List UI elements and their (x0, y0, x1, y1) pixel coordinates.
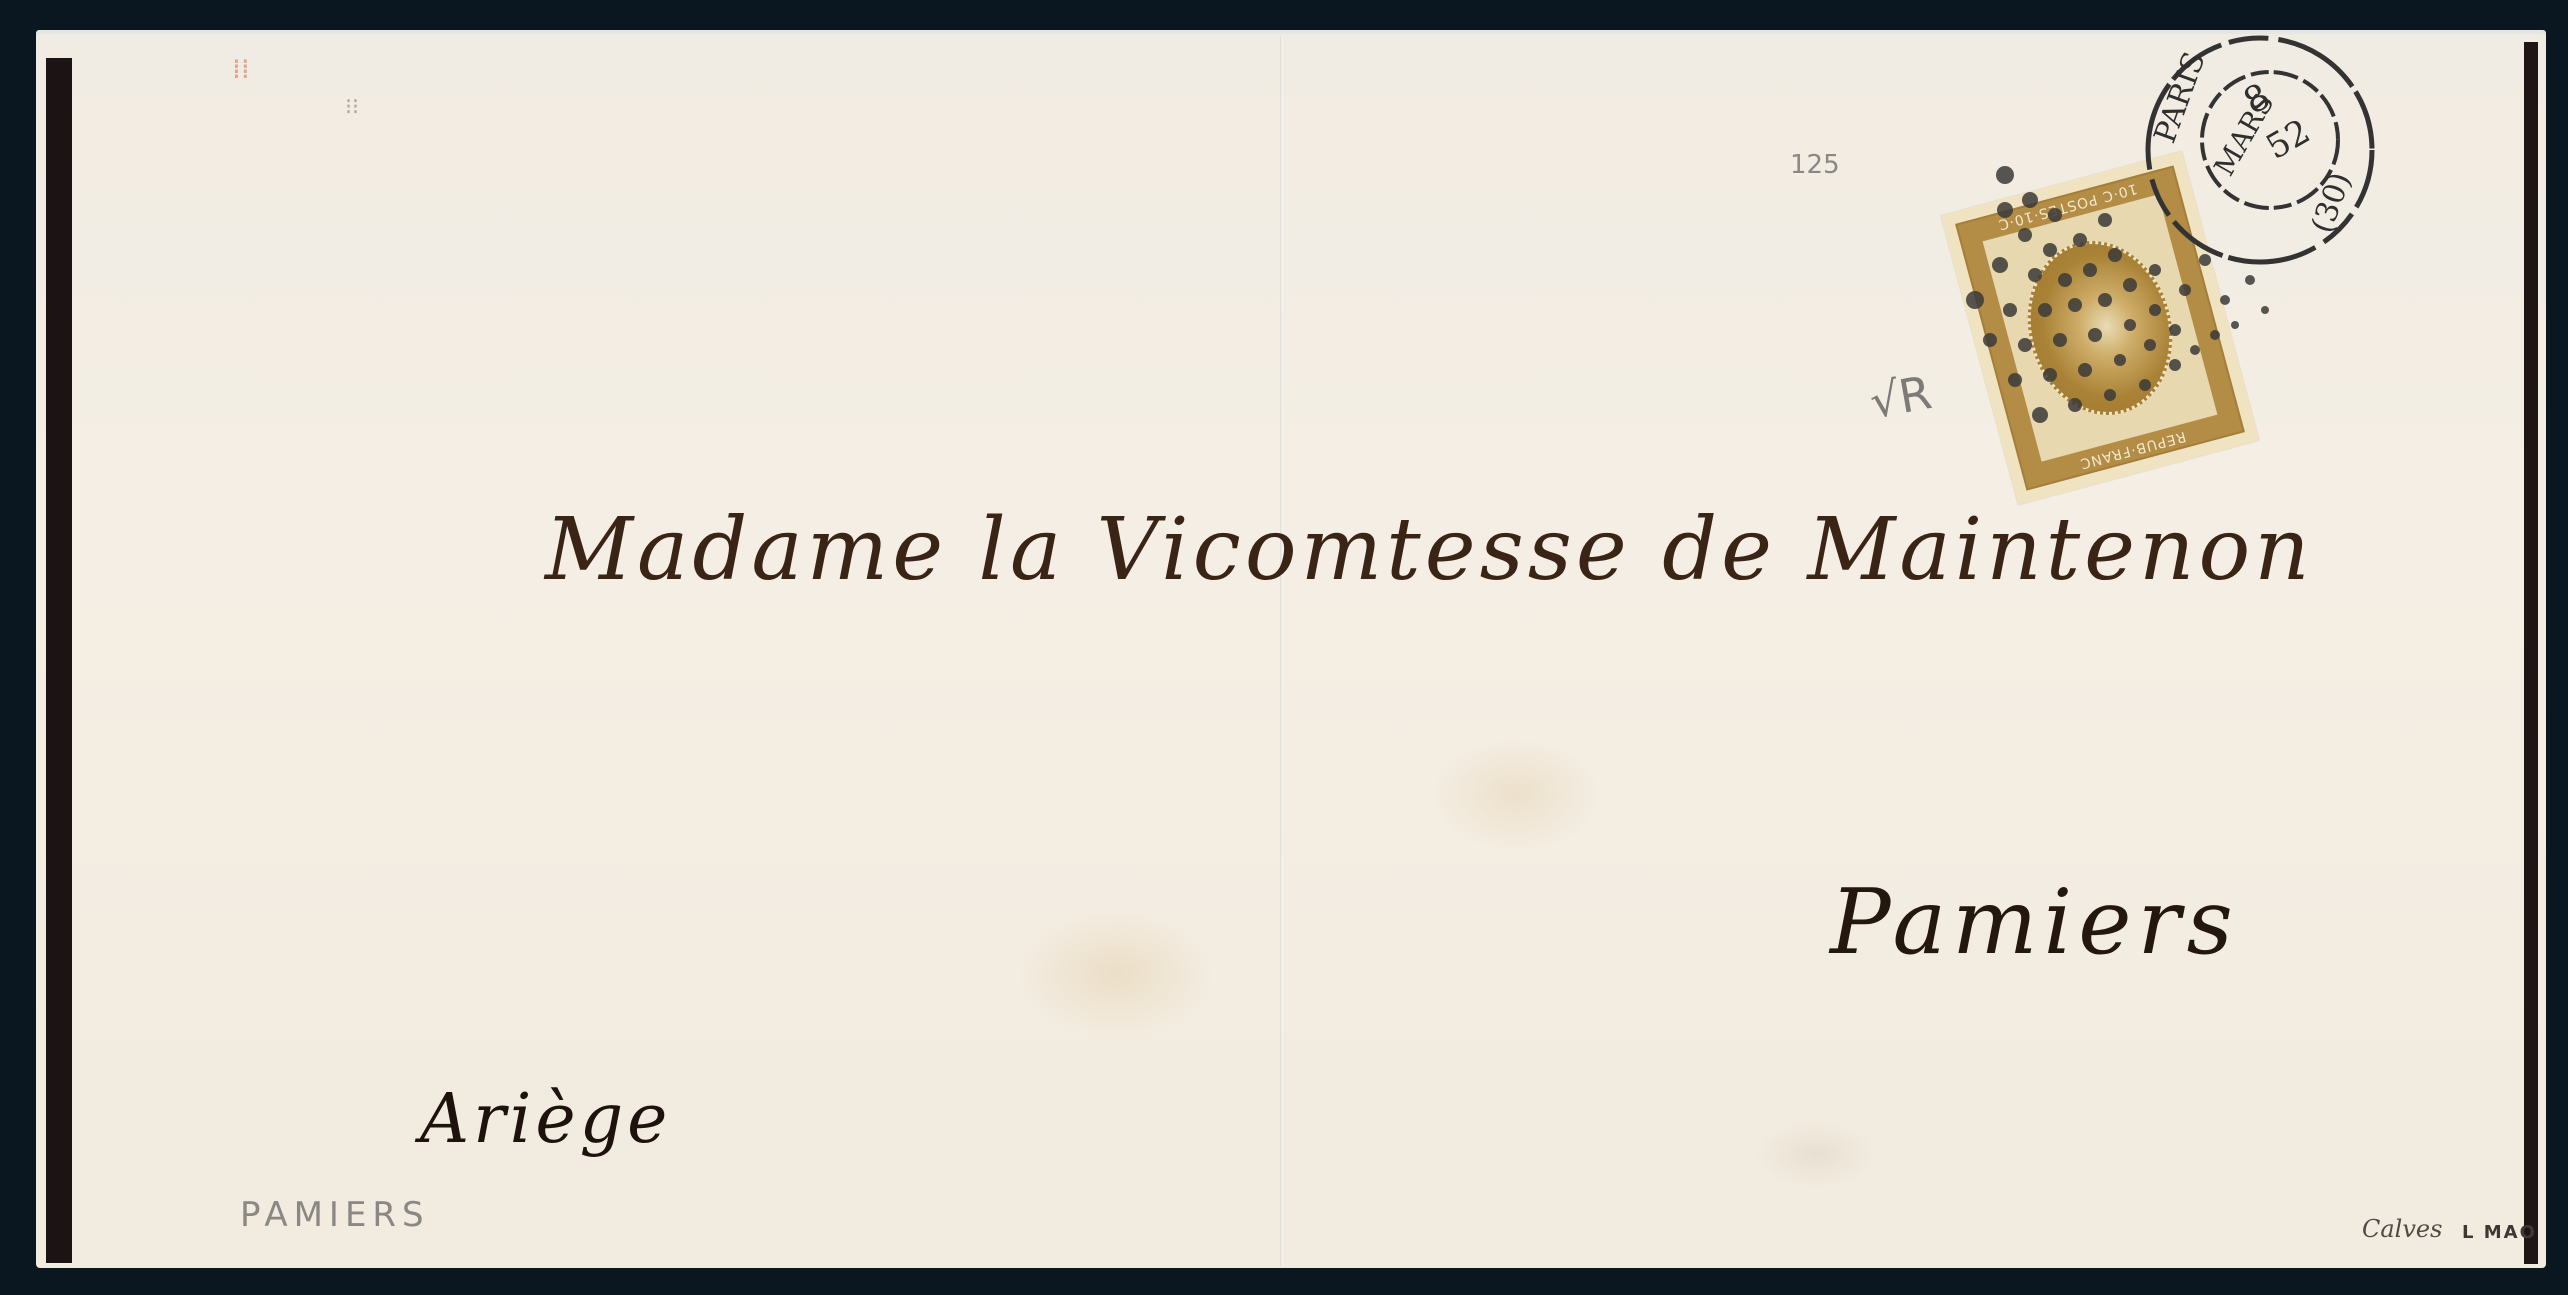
mourning-border-right (2524, 42, 2538, 1264)
fold-line (1280, 36, 1283, 1266)
pencil-check-mark: √R (1866, 365, 1936, 429)
faint-marks: ⁝⁝ (345, 95, 359, 120)
postmark-code: (30) (2305, 168, 2359, 238)
expert-initials: L MAO (2462, 1222, 2537, 1243)
address-town: Pamiers (1830, 870, 2239, 975)
address-recipient: Madame la Vicomtesse de Maintenon (545, 500, 2314, 600)
address-department: Ariège (420, 1080, 671, 1159)
mourning-border-left (46, 58, 72, 1263)
paris-postmark-icon: PARIS 8 MARS 52 (30) (2135, 30, 2385, 280)
pencil-town-note: PAMIERS (240, 1195, 430, 1235)
pencil-catalogue-number: 125 (1790, 150, 1840, 180)
red-ink-marks: ⁞⁞ (232, 52, 250, 85)
expert-signature: Calves (2362, 1215, 2442, 1243)
